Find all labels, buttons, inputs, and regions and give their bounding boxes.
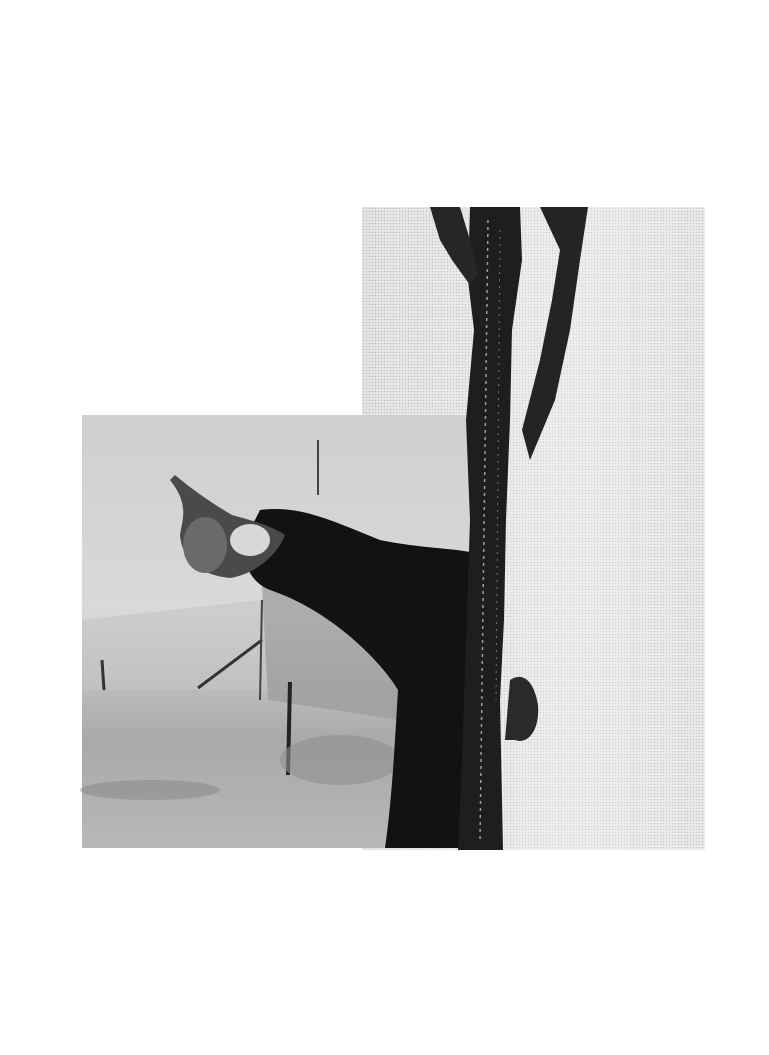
collage-drawing: [0, 0, 769, 1055]
